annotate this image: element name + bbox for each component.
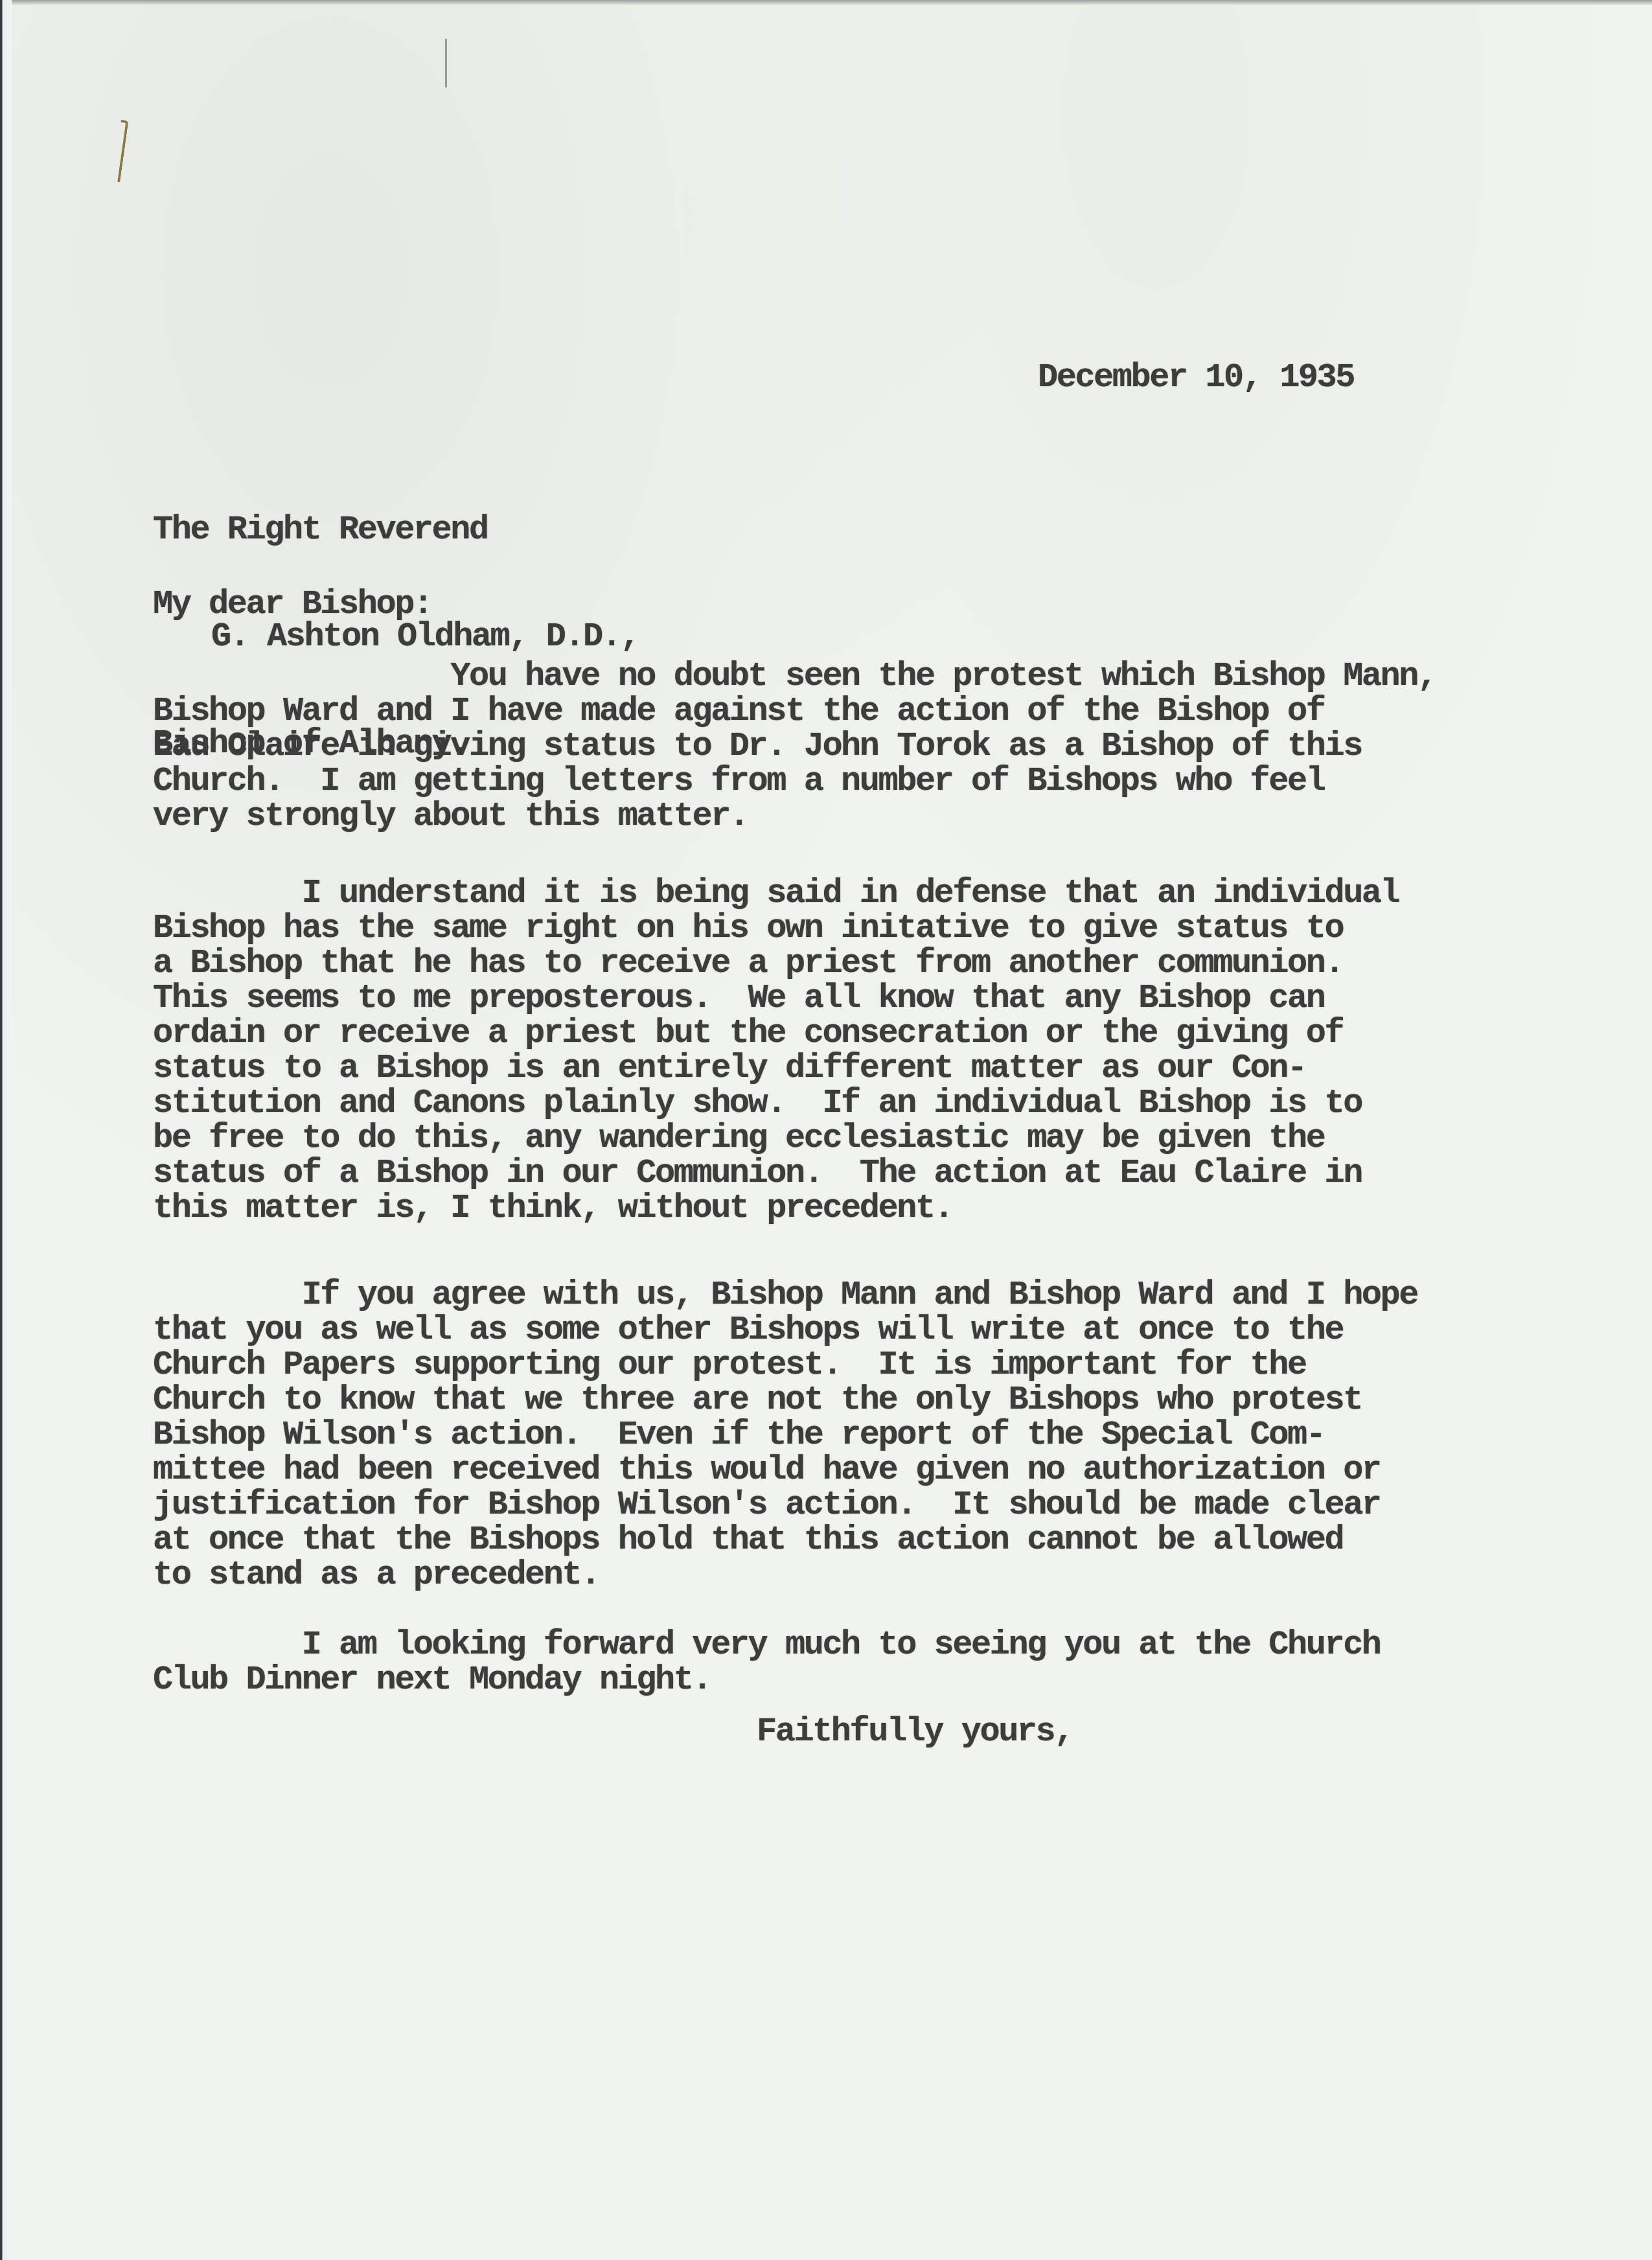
salutation: My dear Bishop: (153, 586, 432, 622)
paragraph-line: very strongly about this matter. (153, 799, 1449, 834)
paragraph-line: status to a Bishop is an entirely differ… (153, 1051, 1449, 1086)
pencil-mark (445, 39, 447, 87)
paragraph-line: that you as well as some other Bishops w… (153, 1313, 1449, 1348)
paragraph-line: Eau Claire in giving status to Dr. John … (153, 729, 1449, 764)
paragraph-4: I am looking forward very much to seeing… (153, 1628, 1449, 1698)
paragraph-1: You have no doubt seen the protest which… (153, 659, 1449, 834)
paragraph-line: Bishop Ward and I have made against the … (153, 694, 1449, 729)
paragraph-line: If you agree with us, Bishop Mann and Bi… (153, 1278, 1449, 1313)
closing: Faithfully yours, (757, 1714, 1073, 1749)
paragraph-line: to stand as a precedent. (153, 1558, 1449, 1593)
letter-page: December 10, 1935 The Right Reverend G. … (0, 0, 1652, 2260)
paragraph-line: ordain or receive a priest but the conse… (153, 1016, 1449, 1051)
paragraph-line: This seems to me preposterous. We all kn… (153, 981, 1449, 1016)
paragraph-line: this matter is, I think, without precede… (153, 1191, 1449, 1226)
paragraph-line: You have no doubt seen the protest which… (153, 659, 1449, 694)
paragraph-line: Club Dinner next Monday night. (153, 1663, 1449, 1698)
addressee-title: The Right Reverend (153, 512, 639, 548)
paragraph-line: stitution and Canons plainly show. If an… (153, 1086, 1449, 1121)
paragraph-line: I understand it is being said in defense… (153, 876, 1449, 911)
scan-top-edge (0, 0, 1652, 5)
scan-left-edge (0, 0, 12, 2260)
paragraph-line: a Bishop that he has to receive a priest… (153, 946, 1449, 981)
paragraph-line: at once that the Bishops hold that this … (153, 1523, 1449, 1558)
paragraph-line: I am looking forward very much to seeing… (153, 1628, 1449, 1663)
staple-icon (112, 120, 128, 183)
paragraph-line: Church to know that we three are not the… (153, 1383, 1449, 1418)
addressee-name: G. Ashton Oldham, D.D., (153, 619, 639, 654)
letter-date: December 10, 1935 (1038, 360, 1354, 395)
paragraph-line: be free to do this, any wandering eccles… (153, 1121, 1449, 1156)
paragraph-line: mittee had been received this would have… (153, 1453, 1449, 1488)
paragraph-line: Bishop has the same right on his own ini… (153, 911, 1449, 946)
paragraph-2: I understand it is being said in defense… (153, 876, 1449, 1226)
paragraph-line: Bishop Wilson's action. Even if the repo… (153, 1418, 1449, 1453)
paragraph-line: justification for Bishop Wilson's action… (153, 1488, 1449, 1523)
paragraph-line: Church Papers supporting our protest. It… (153, 1348, 1449, 1383)
paragraph-line: Church. I am getting letters from a numb… (153, 764, 1449, 799)
paragraph-line: status of a Bishop in our Communion. The… (153, 1156, 1449, 1191)
paragraph-3: If you agree with us, Bishop Mann and Bi… (153, 1278, 1449, 1593)
